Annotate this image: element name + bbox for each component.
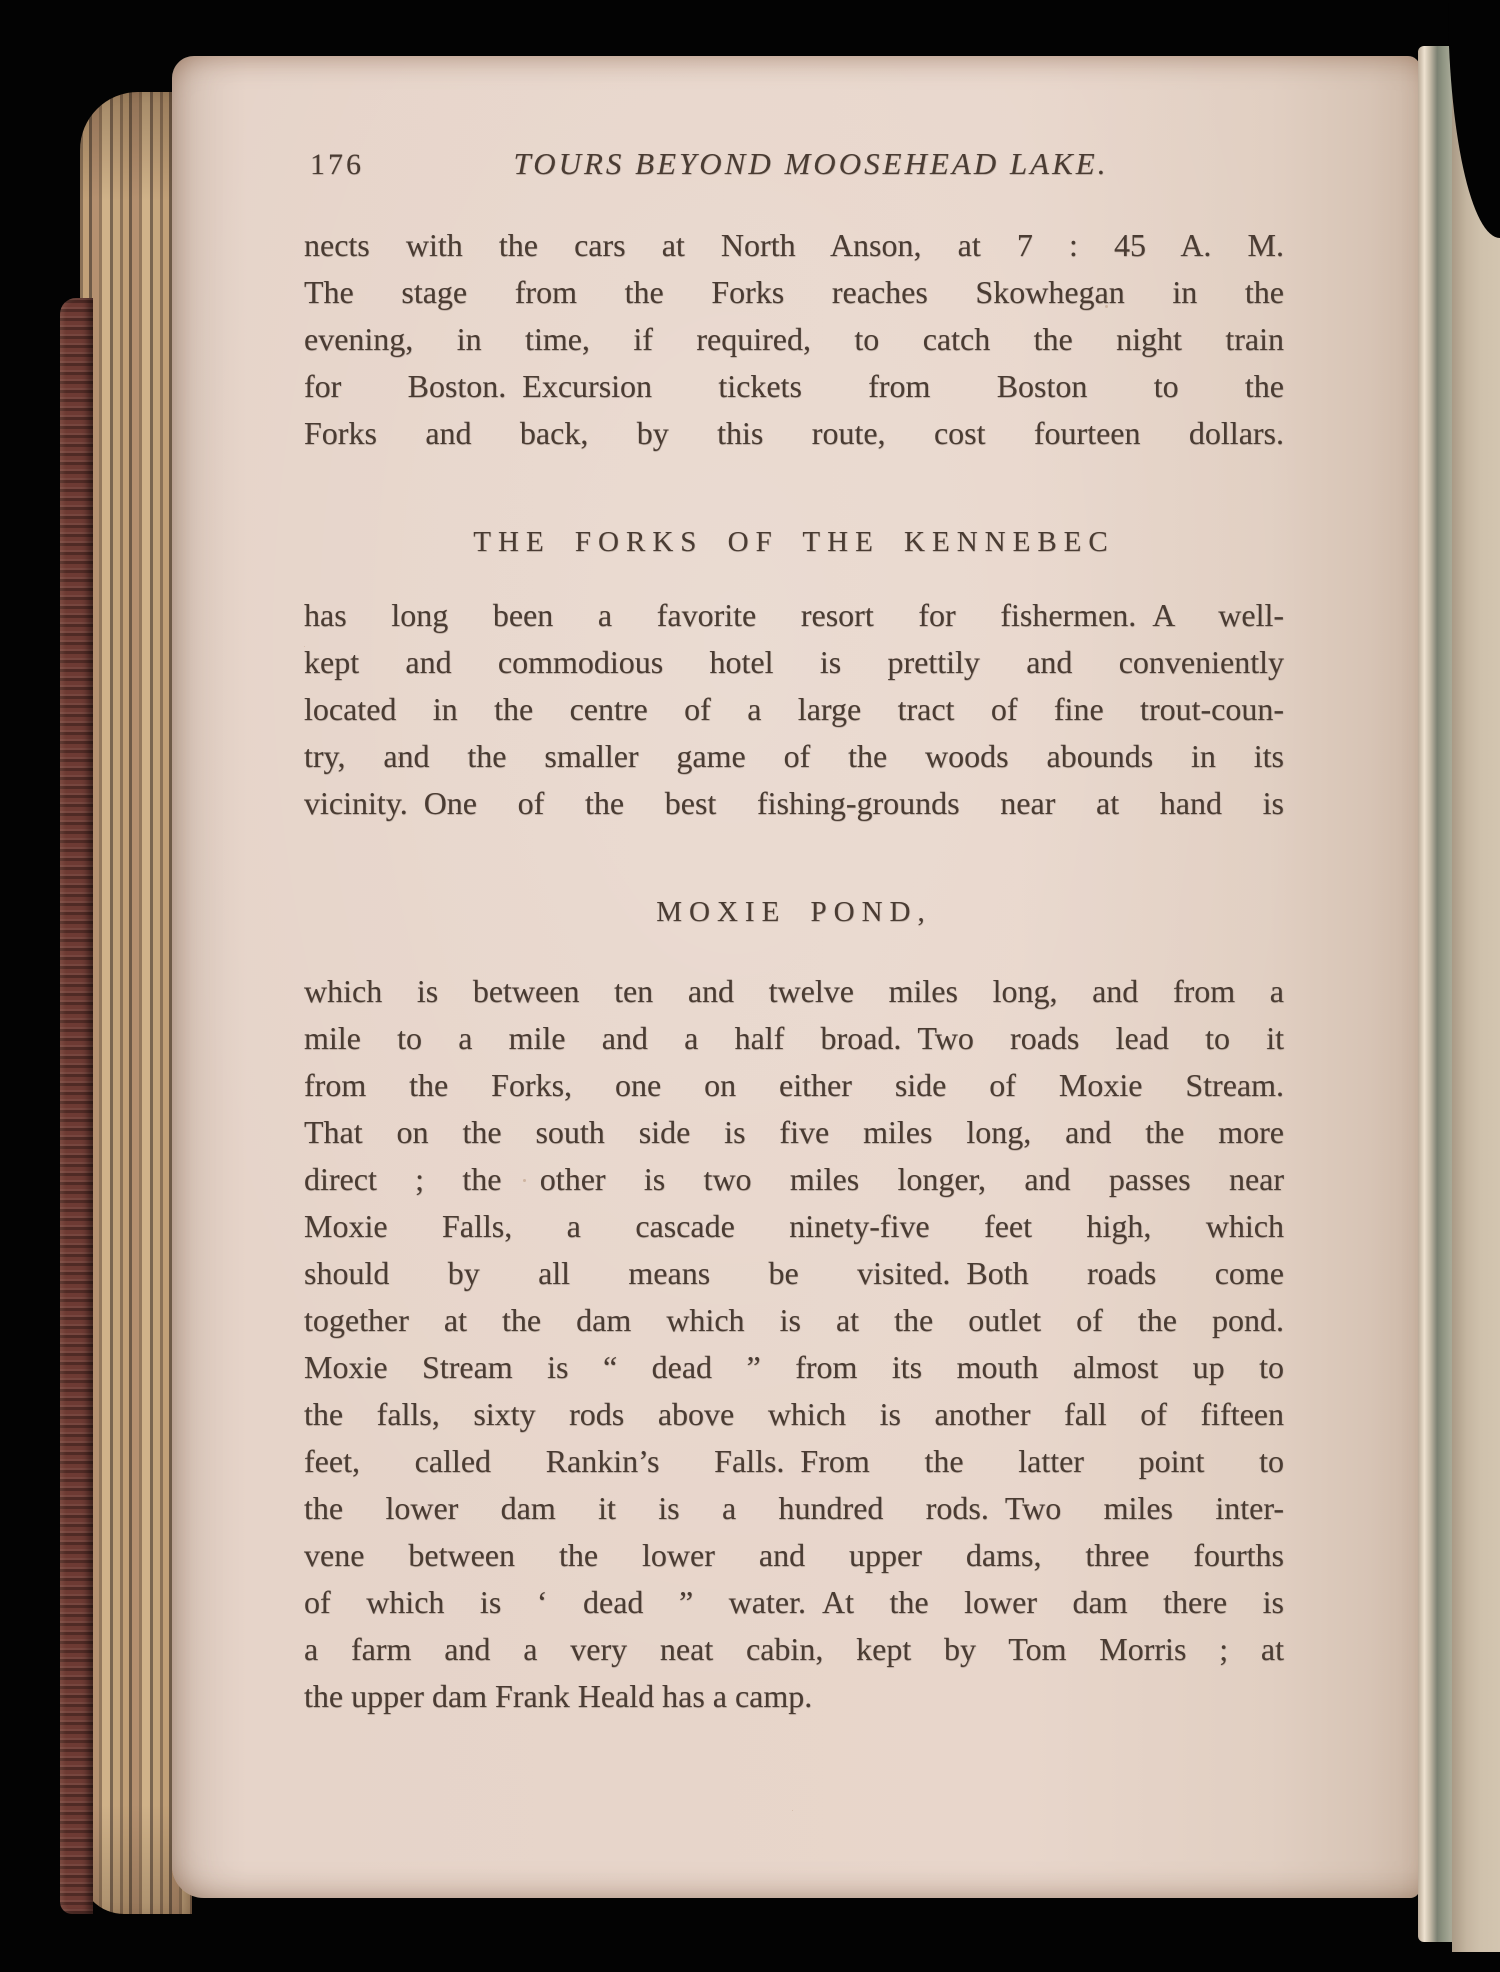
section-heading-moxie-pond: MOXIE POND, xyxy=(304,894,1284,930)
text-line: for Boston. Excursion tickets from Bosto… xyxy=(304,363,1284,410)
text-line: vene between the lower and upper dams, t… xyxy=(304,1532,1284,1579)
text-line: from the Forks, one on either side of Mo… xyxy=(304,1062,1284,1109)
text-line: feet, called Rankin’s Falls. From the la… xyxy=(304,1438,1284,1485)
text-line: a farm and a very neat cabin, kept by To… xyxy=(304,1626,1284,1673)
paragraph-travel-connections: nects with the cars at North Anson, at 7… xyxy=(304,222,1284,457)
facing-page-edge xyxy=(1452,60,1500,1952)
text-line: of which is ‘ dead ” water. At the lower… xyxy=(304,1579,1284,1626)
text-line: has long been a favorite resort for fish… xyxy=(304,592,1284,639)
paragraph-moxie-pond: which is between ten and twelve miles lo… xyxy=(304,968,1284,1720)
book-cover-edge xyxy=(60,298,93,1914)
text-line: together at the dam which is at the outl… xyxy=(304,1297,1284,1344)
book-photo: 176 TOURS BEYOND MOOSEHEAD LAKE. nects w… xyxy=(0,0,1500,1972)
running-title: TOURS BEYOND MOOSEHEAD LAKE. xyxy=(304,146,1284,182)
text-line: Moxie Falls, a cascade ninety-five feet … xyxy=(304,1203,1284,1250)
text-line: The stage from the Forks reaches Skowheg… xyxy=(304,269,1284,316)
text-line: the upper dam Frank Heald has a camp. xyxy=(304,1673,1284,1720)
page-header: 176 TOURS BEYOND MOOSEHEAD LAKE. xyxy=(304,146,1284,192)
text-line: vicinity. One of the best fishing-ground… xyxy=(304,780,1284,827)
text-line: Moxie Stream is “ dead ” from its mouth … xyxy=(304,1344,1284,1391)
text-line: kept and commodious hotel is prettily an… xyxy=(304,639,1284,686)
text-line: the falls, sixty rods above which is ano… xyxy=(304,1391,1284,1438)
text-line: That on the south side is five miles lon… xyxy=(304,1109,1284,1156)
section-heading-forks-of-the-kennebec: THE FORKS OF THE KENNEBEC xyxy=(304,524,1284,560)
text-line: try, and the smaller game of the woods a… xyxy=(304,733,1284,780)
text-line: which is between ten and twelve miles lo… xyxy=(304,968,1284,1015)
book-page: 176 TOURS BEYOND MOOSEHEAD LAKE. nects w… xyxy=(172,56,1420,1898)
text-line: should by all means be visited. Both roa… xyxy=(304,1250,1284,1297)
text-line: located in the centre of a large tract o… xyxy=(304,686,1284,733)
text-line: Forks and back, by this route, cost four… xyxy=(304,410,1284,457)
text-line: mile to a mile and a half broad. Two roa… xyxy=(304,1015,1284,1062)
text-line: evening, in time, if required, to catch … xyxy=(304,316,1284,363)
page-number: 176 xyxy=(310,148,364,182)
text-line: direct ; the other is two miles longer, … xyxy=(304,1156,1284,1203)
text-line: the lower dam it is a hundred rods. Two … xyxy=(304,1485,1284,1532)
text-line: nects with the cars at North Anson, at 7… xyxy=(304,222,1284,269)
paragraph-forks-resort: has long been a favorite resort for fish… xyxy=(304,592,1284,827)
